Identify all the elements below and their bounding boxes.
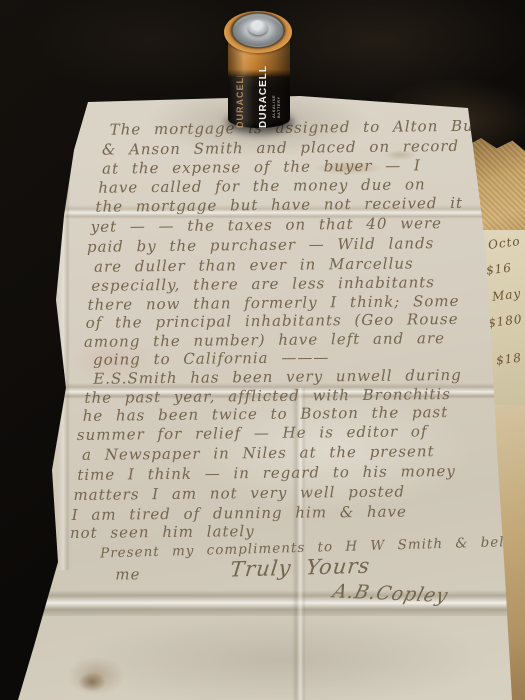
letter-line: & Anson Smith and placed on record (102, 137, 459, 159)
letter-line: matters I am not very well posted (73, 483, 405, 504)
letter-line: among the number) have left and are (84, 329, 445, 351)
letter-line: he has been twice to Boston the past (83, 403, 449, 425)
letter-line: at the expense of the buyer — I (102, 156, 421, 177)
account-fragment: $18 (495, 350, 522, 367)
letter-line: going to California ——— (93, 348, 329, 368)
battery-sub-label: ALKALINE BATTERY (271, 78, 281, 118)
photo-scene: Octo $16 May $180 $18 The mortgage is as… (0, 0, 525, 700)
letter-line: not seen him lately (70, 522, 255, 542)
letter-line: the mortgage but have not received it (95, 194, 463, 216)
letter-line: a Newspaper in Niles at the present (82, 442, 435, 464)
letter-closing-me: me (115, 565, 140, 583)
account-fragment: $16 (485, 260, 512, 277)
battery-top (224, 11, 292, 53)
letter-line: The mortgage is assigned to Alton Buel (110, 117, 490, 139)
account-fragment: Octo (487, 234, 521, 252)
letter-line: especially, there are less inhabitants (91, 273, 435, 295)
letter-line: time I think — in regard to his money (77, 462, 456, 484)
battery-brand-label: DURACELL (258, 74, 269, 128)
letter-signature: A.B.Copley (330, 580, 450, 607)
account-fragment: $180 (487, 312, 523, 330)
letter-line: summer for relief — He is editor of (77, 422, 428, 444)
letter-line: paid by the purchaser — Wild lands (87, 234, 435, 256)
letter-closing: Truly Yours (229, 554, 372, 582)
letter-line: yet — — the taxes on that 40 were (91, 214, 442, 236)
battery-positive-terminal (248, 20, 268, 35)
letter-line: are duller than ever in Marcellus (94, 254, 414, 275)
account-fragment: May (491, 286, 522, 303)
letter-line: have called for the money due on (98, 175, 426, 196)
battery-brand-label: DURACELL (235, 76, 245, 128)
letter-line: I am tired of dunning him & have (72, 502, 407, 524)
